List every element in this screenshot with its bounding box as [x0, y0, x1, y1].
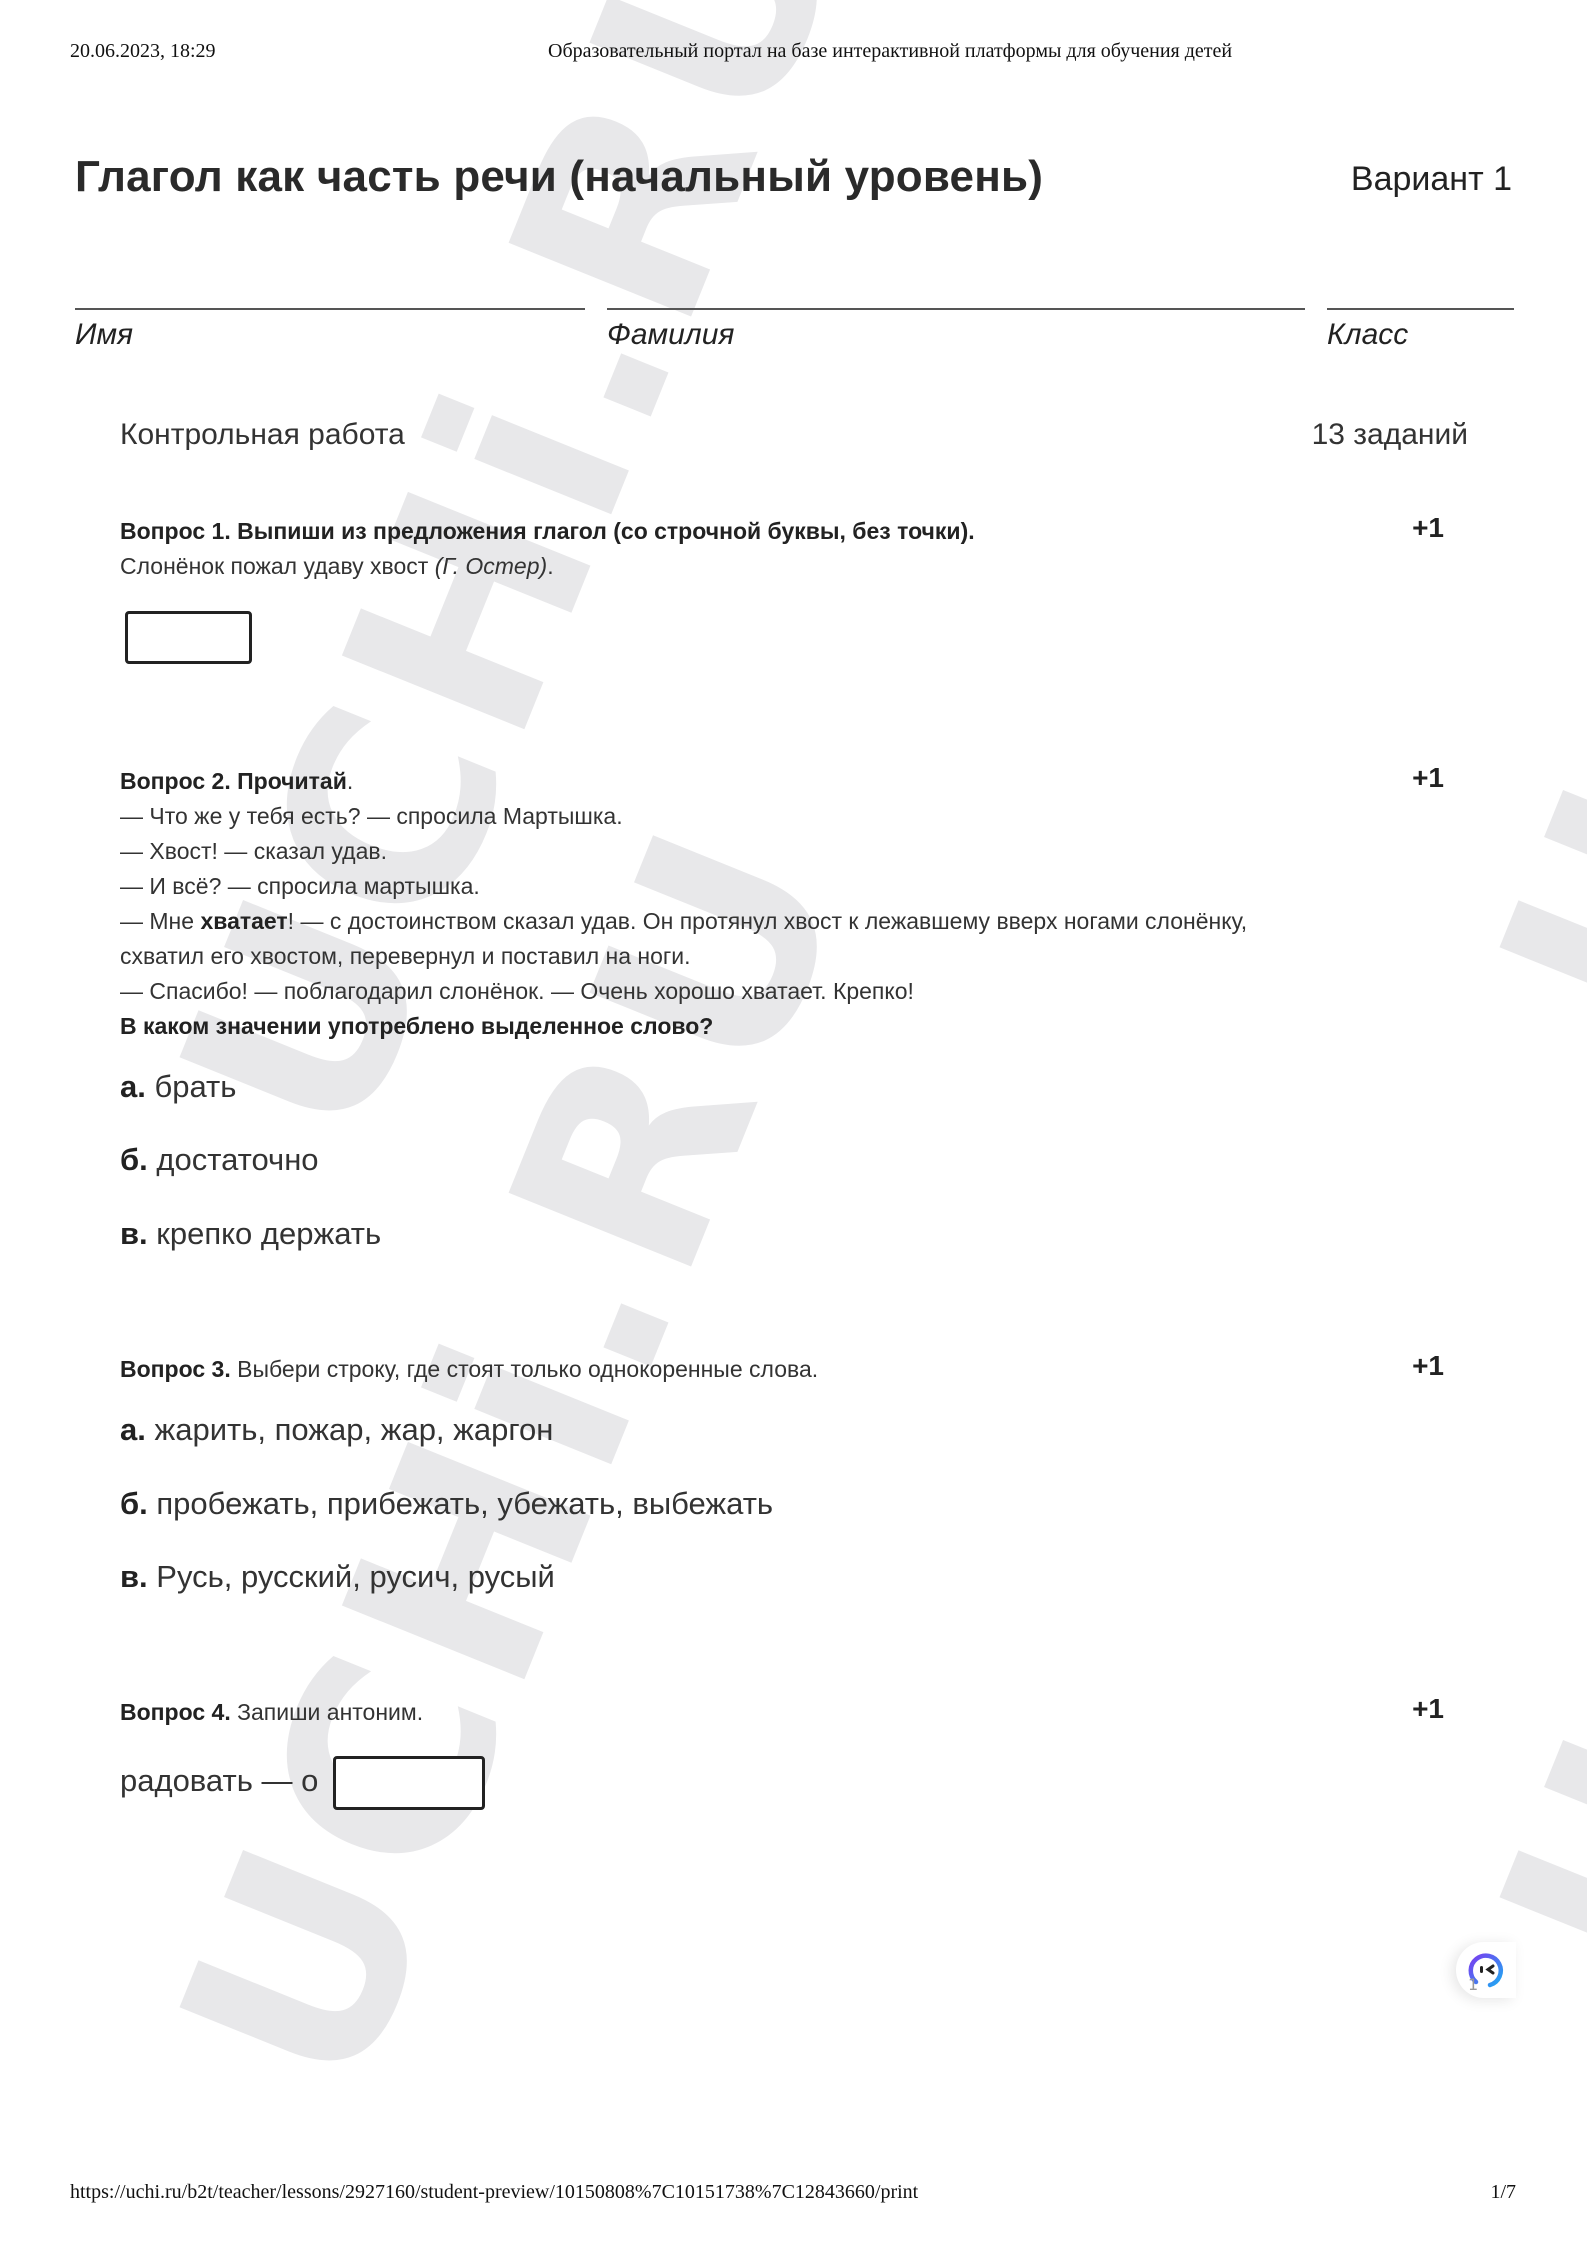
question-1-source: (Г. Остер): [435, 553, 547, 579]
surname-field[interactable]: Фамилия: [607, 308, 1305, 310]
question-4-points: +1: [1412, 1693, 1444, 1725]
question-2-option-c[interactable]: в. крепко держать: [120, 1216, 381, 1252]
question-2-line: схватил его хвостом, перевернул и постав…: [120, 939, 1450, 974]
question-2-number: Вопрос 2.: [120, 768, 231, 794]
work-type: Контрольная работа: [120, 418, 405, 452]
question-3-option-c[interactable]: в. Русь, русский, русич, русый: [120, 1559, 555, 1595]
question-2-question: В каком значении употреблено выделенное …: [120, 1009, 1450, 1044]
question-1: Вопрос 1. Выпиши из предложения глагол (…: [120, 514, 1450, 584]
question-3-option-b[interactable]: б. пробежать, прибежать, убежать, выбежа…: [120, 1486, 773, 1522]
question-1-points: +1: [1412, 512, 1444, 544]
question-4-text: Запиши антоним.: [237, 1699, 423, 1725]
question-1-text: Выпиши из предложения глагол (со строчно…: [237, 518, 975, 544]
question-3-points: +1: [1412, 1350, 1444, 1382]
question-1-answer-input[interactable]: [125, 611, 252, 664]
question-2-line: — И всё? — спросила мартышка.: [120, 869, 1450, 904]
name-field[interactable]: Имя: [75, 308, 585, 310]
highlighted-word: хватает: [200, 908, 287, 934]
assistant-chat-icon: 1: [1456, 1942, 1516, 1998]
print-page-number: 1/7: [1490, 2181, 1516, 2204]
question-2-option-a[interactable]: а. брать: [120, 1069, 236, 1105]
question-2-option-b[interactable]: б. достаточно: [120, 1142, 319, 1178]
print-url: https://uchi.ru/b2t/teacher/lessons/2927…: [70, 2181, 918, 2204]
question-4-stem: радовать — о: [120, 1763, 318, 1799]
question-2-prompt: Вопрос 2. Прочитай.: [120, 764, 1450, 799]
question-4-answer-input[interactable]: [333, 1756, 485, 1810]
question-3-text: Выбери строку, где стоят только однокоре…: [237, 1356, 818, 1382]
task-count: 13 заданий: [1312, 418, 1468, 452]
class-field-label: Класс: [1327, 318, 1408, 352]
question-1-prompt: Вопрос 1. Выпиши из предложения глагол (…: [120, 514, 1450, 549]
question-3-number: Вопрос 3.: [120, 1356, 231, 1382]
question-3: Вопрос 3. Выбери строку, где стоят тольк…: [120, 1352, 1450, 1387]
question-3-prompt: Вопрос 3. Выбери строку, где стоят тольк…: [120, 1352, 1450, 1387]
print-site-title: Образовательный портал на базе интеракти…: [548, 40, 1232, 63]
assistant-widget-button[interactable]: 1: [1456, 1942, 1516, 1998]
question-4-number: Вопрос 4.: [120, 1699, 231, 1725]
class-field[interactable]: Класс: [1327, 308, 1514, 310]
svg-text:1: 1: [1468, 1975, 1478, 1994]
question-4: Вопрос 4. Запиши антоним.: [120, 1695, 1450, 1730]
name-field-label: Имя: [75, 318, 133, 352]
question-2-points: +1: [1412, 762, 1444, 794]
question-1-sentence: Слонёнок пожал удаву хвост (Г. Остер).: [120, 549, 1450, 584]
question-2-line: — Мне хватает! — с достоинством сказал у…: [120, 904, 1450, 939]
question-3-option-a[interactable]: а. жарить, пожар, жар, жаргон: [120, 1412, 553, 1448]
print-datetime: 20.06.2023, 18:29: [70, 40, 216, 63]
variant-label: Вариант 1: [1351, 160, 1512, 199]
question-2-line: — Хвост! — сказал удав.: [120, 834, 1450, 869]
print-page: 20.06.2023, 18:29 Образовательный портал…: [0, 0, 1587, 2245]
question-2-text: Прочитай: [237, 768, 347, 794]
worksheet-title: Глагол как часть речи (начальный уровень…: [75, 152, 1043, 202]
question-2-line: — Что же у тебя есть? — спросила Мартышк…: [120, 799, 1450, 834]
question-1-number: Вопрос 1.: [120, 518, 231, 544]
question-2: Вопрос 2. Прочитай. — Что же у тебя есть…: [120, 764, 1450, 1044]
question-2-line: — Спасибо! — поблагодарил слонёнок. — Оч…: [120, 974, 1450, 1009]
surname-field-label: Фамилия: [607, 318, 734, 352]
question-4-prompt: Вопрос 4. Запиши антоним.: [120, 1695, 1450, 1730]
